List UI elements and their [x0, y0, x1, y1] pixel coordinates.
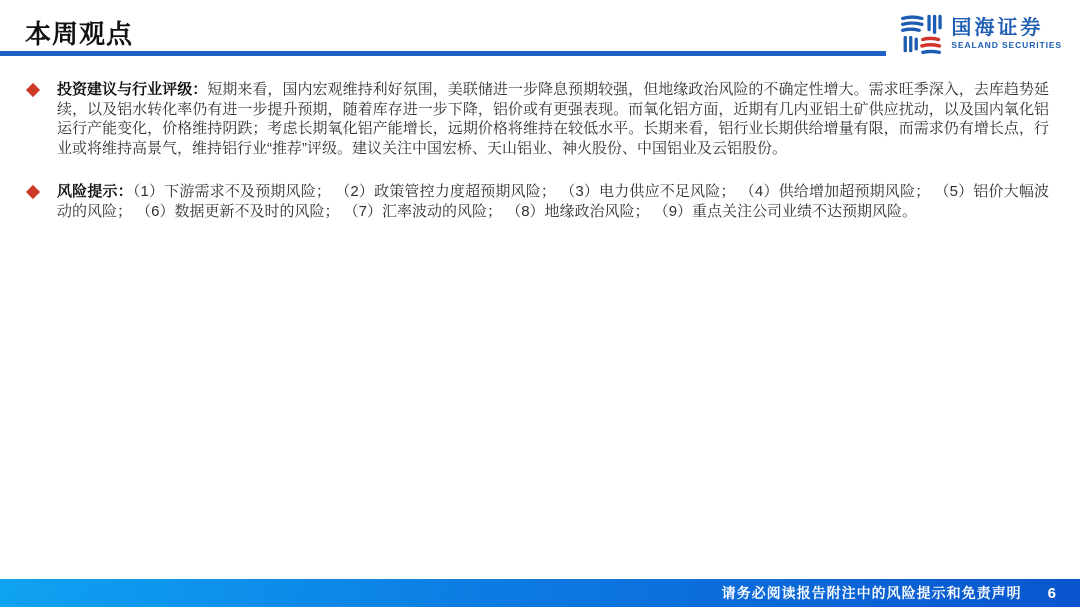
slide: { "slide": { "title": "本周观点", "logo": { … — [0, 0, 1080, 607]
page-title: 本周观点 — [25, 14, 133, 51]
logo-name-cn: 国海证券 — [951, 18, 1062, 38]
company-logo: 国海证券 SEALAND SECURITIES — [899, 12, 1062, 56]
footer-bar: 请务必阅读报告附注中的风险提示和免责声明 6 — [0, 579, 1080, 607]
title-underline — [0, 51, 886, 56]
bullet-lead: 投资建议与行业评级： — [57, 81, 207, 98]
bullet-lead: 风险提示： — [57, 183, 133, 200]
bullet-investment-advice: 投资建议与行业评级：短期来看，国内宏观维持利好氛围，美联储进一步降息预期较强，但… — [27, 80, 1049, 158]
footer-disclaimer: 请务必阅读报告附注中的风险提示和免责声明 — [722, 583, 1022, 603]
bullet-body: （1）下游需求不及预期风险； （2）政策管控力度超预期风险； （3）电力供应不足… — [57, 183, 1049, 220]
diamond-bullet-icon — [26, 83, 40, 97]
sealand-logo-icon — [899, 12, 943, 56]
logo-text: 国海证券 SEALAND SECURITIES — [951, 18, 1062, 50]
logo-name-en: SEALAND SECURITIES — [951, 41, 1062, 50]
bullet-risk-warning: 风险提示：（1）下游需求不及预期风险； （2）政策管控力度超预期风险； （3）电… — [27, 182, 1049, 221]
bullet-text: 投资建议与行业评级：短期来看，国内宏观维持利好氛围，美联储进一步降息预期较强，但… — [57, 80, 1049, 158]
slide-header: 本周观点 国海证券 SEALAND SECURITIES — [0, 0, 1080, 56]
bullet-text: 风险提示：（1）下游需求不及预期风险； （2）政策管控力度超预期风险； （3）电… — [57, 182, 1049, 221]
diamond-bullet-icon — [26, 185, 40, 199]
page-number: 6 — [1048, 585, 1056, 602]
slide-content: 投资建议与行业评级：短期来看，国内宏观维持利好氛围，美联储进一步降息预期较强，但… — [27, 80, 1049, 246]
